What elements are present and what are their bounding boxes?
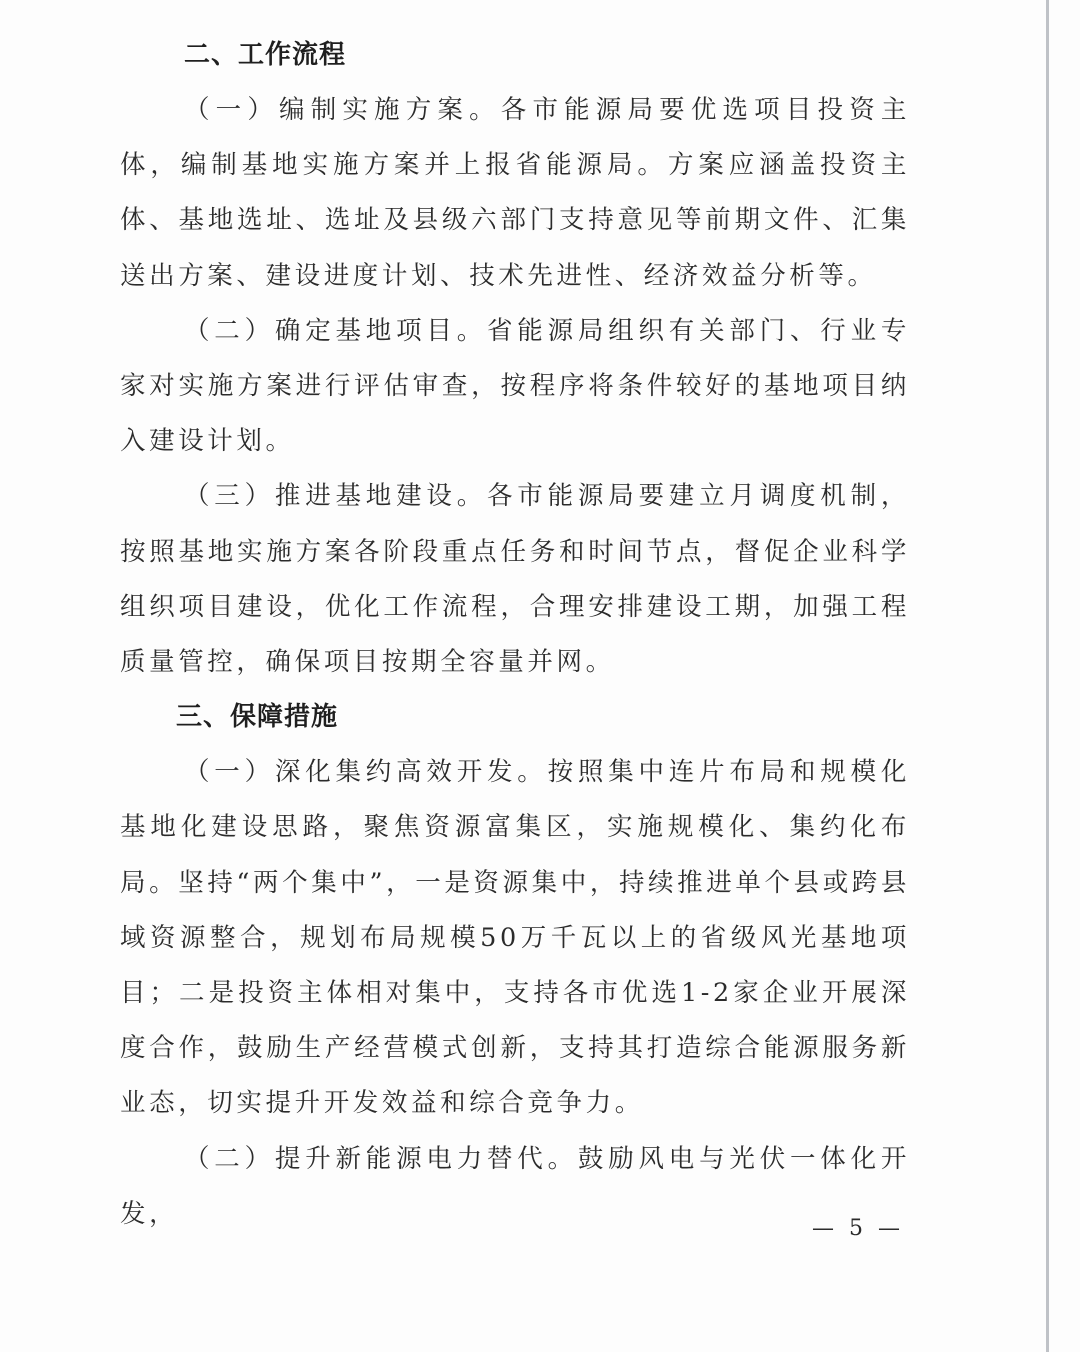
page-edge-divider xyxy=(1046,0,1049,1352)
section-heading-safeguards: 三、保障措施 xyxy=(120,690,910,745)
document-page: 二、工作流程 （一）编制实施方案。各市能源局要优选项目投资主体，编制基地实施方案… xyxy=(0,0,1080,1352)
paragraph-confirm-projects: （二）确定基地项目。省能源局组织有关部门、行业专家对实施方案进行评估审查，按程序… xyxy=(120,304,910,470)
paragraph-advance-construction: （三）推进基地建设。各市能源局要建立月调度机制，按照基地实施方案各阶段重点任务和… xyxy=(120,469,910,690)
section-heading-work-process: 二、工作流程 xyxy=(120,28,910,83)
paragraph-new-energy-substitution: （二）提升新能源电力替代。鼓励风电与光伏一体化开发， xyxy=(120,1132,910,1242)
document-body: 二、工作流程 （一）编制实施方案。各市能源局要优选项目投资主体，编制基地实施方案… xyxy=(120,28,910,1242)
page-number: — 5 — xyxy=(812,1216,904,1241)
paragraph-compile-plan: （一）编制实施方案。各市能源局要优选项目投资主体，编制基地实施方案并上报省能源局… xyxy=(120,83,910,304)
paragraph-intensive-development: （一）深化集约高效开发。按照集中连片布局和规模化基地化建设思路，聚焦资源富集区，… xyxy=(120,745,910,1131)
